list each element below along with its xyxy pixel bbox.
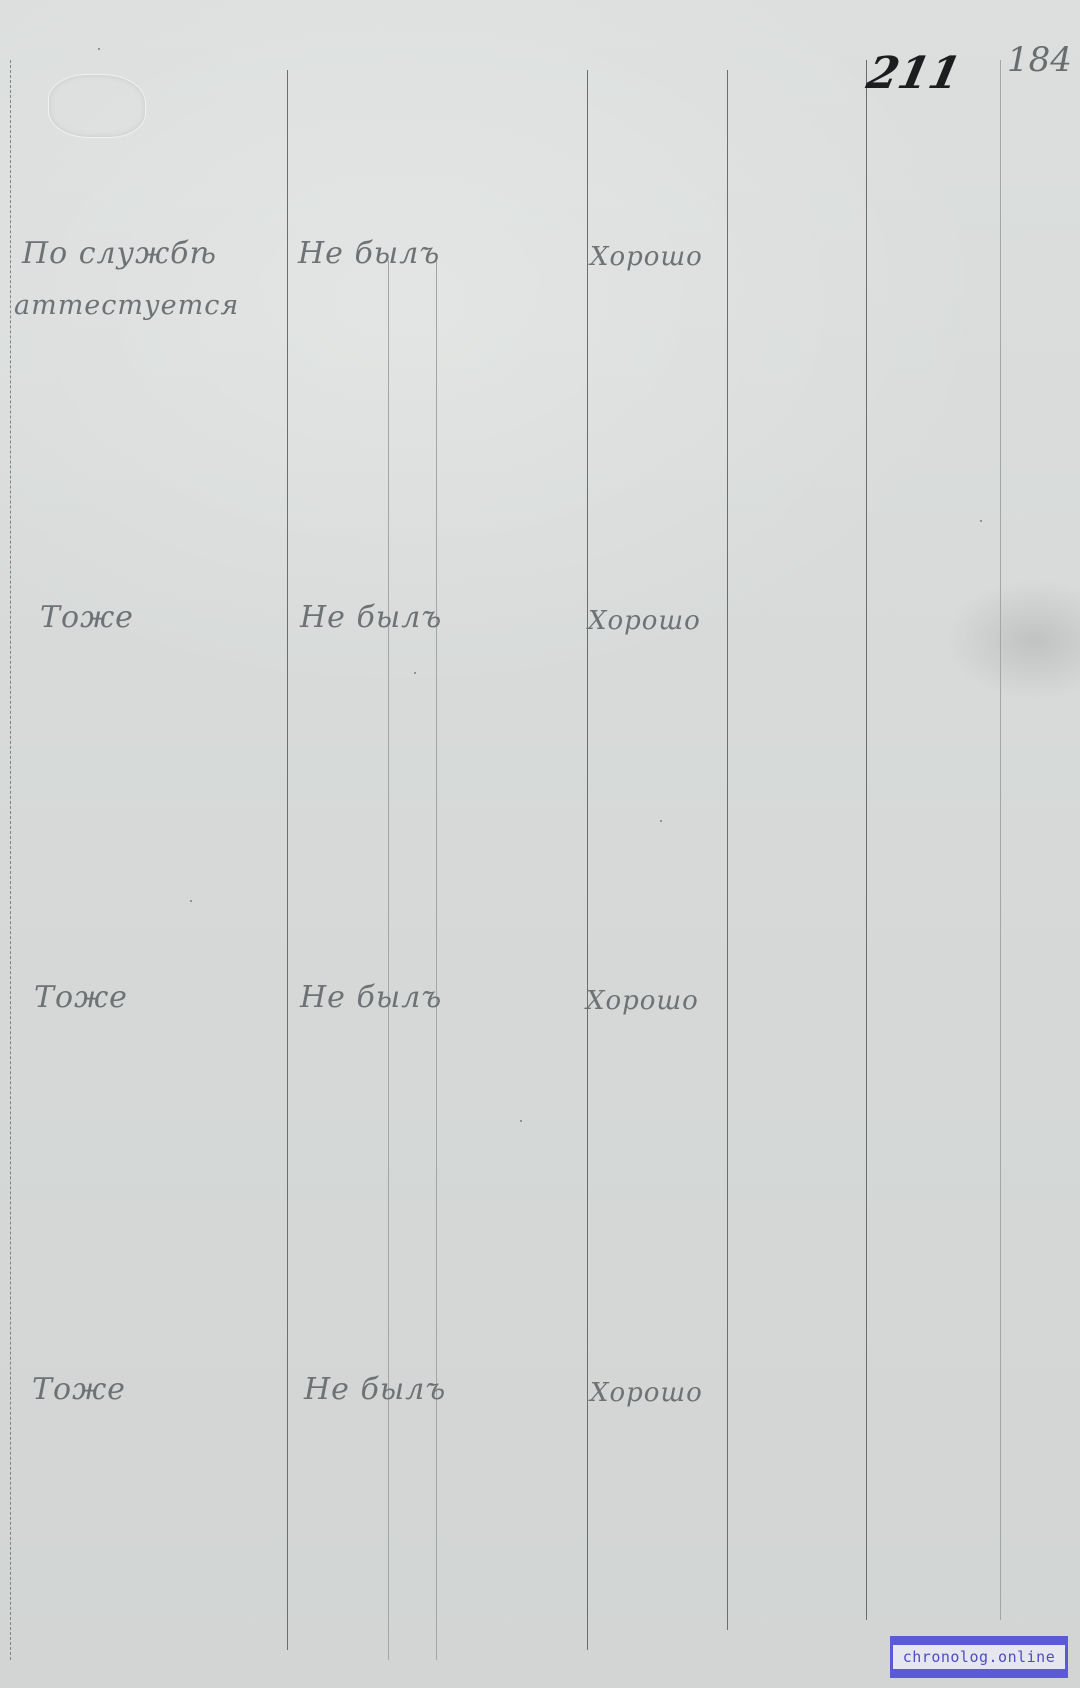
embossed-stamp [48,74,146,138]
paper-speck [980,520,982,522]
column-rule-1c [436,260,437,1660]
paper-speck [520,1120,522,1122]
row-3-col-3: Хорошо [586,986,699,1016]
paper-speck [660,820,662,822]
watermark-badge: chronolog.online [890,1636,1068,1678]
row-1-col-1-line-1: По службѣ [22,236,217,271]
paper-speck [98,48,100,50]
column-rule-1 [287,70,288,1650]
old-folio-number: 184 [1007,40,1072,80]
row-3-col-1: Тоже [34,980,128,1015]
column-rule-2 [587,70,588,1650]
column-rule-4 [866,60,867,1620]
paper-speck [414,672,416,674]
row-2-col-1: Тоже [40,600,134,635]
column-rule-1b [388,260,389,1660]
row-3-col-2: Не былъ [300,980,442,1015]
column-rule-5 [1000,60,1001,1620]
row-2-col-2: Не былъ [300,600,442,635]
row-1-col-1-line-2: аттестуется [14,290,239,321]
column-rule-3 [727,70,728,1630]
row-2-col-3: Хорошо [588,606,701,636]
paper-speck [190,900,192,902]
row-4-col-3: Хорошо [590,1378,703,1408]
column-rule-left-margin [10,60,11,1660]
row-1-col-2: Не былъ [298,236,440,271]
row-1-col-3: Хорошо [590,242,703,272]
row-4-col-1: Тоже [32,1372,126,1407]
watermark-text: chronolog.online [893,1645,1066,1669]
folio-number: 211 [863,48,966,99]
row-4-col-2: Не былъ [304,1372,446,1407]
scanned-ledger-page: 211 184 По службѣ аттестуется Не былъ Хо… [0,0,1080,1688]
